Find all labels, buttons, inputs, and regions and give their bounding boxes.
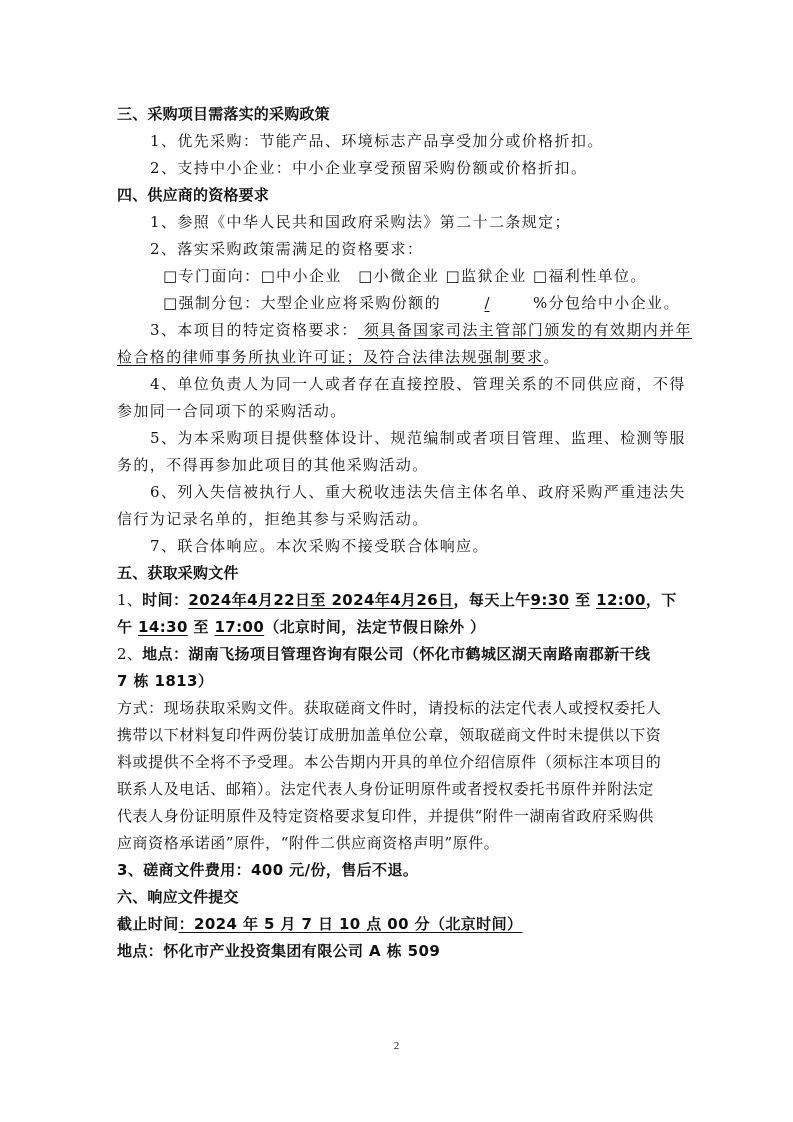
document-fee: 3、磋商文件费用：400 元/份，售后不退。 [117, 857, 677, 884]
deadline-label: 截止时间 [117, 915, 179, 933]
policy-item-1: 1、优先采购：节能产品、环境标志产品享受加分或价格折扣。 [117, 128, 677, 155]
morning-start-time: 9:30 [531, 591, 570, 609]
obtain-method-line-1: 方式：现场获取采购文件。获取磋商文件时，请投标的法定代表人或授权委托人 [117, 695, 677, 722]
morning-end-time: 12:00 [596, 591, 646, 609]
qualification-item-6-line2: 信行为记录名单的，拒绝其参与采购活动。 [117, 506, 677, 533]
obtain-time-note: （北京时间，法定节假日除外 ） [264, 618, 485, 636]
section-heading-supplier-qualifications: 四、供应商的资格要求 [117, 182, 677, 209]
obtain-method-line-4: 联系人及电话、邮箱）。法定代表人身份证明原件或者授权委托书原件并附法定 [117, 776, 677, 803]
checkbox-line-dedicated: □专门面向：□中小企业 □小微企业 □监狱企业 □福利性单位。 [117, 263, 677, 290]
afternoon-to: 至 [188, 618, 215, 636]
obtain-place-text: 地点：湖南飞扬项目管理咨询有限公司（怀化市鹤城区湖天南路南郡新干线 [142, 645, 650, 663]
afternoon-prefix: 午 [117, 618, 138, 636]
page-number: 2 [0, 1040, 793, 1052]
obtain-place-number: 2、 [117, 645, 142, 663]
obtain-method-line-2: 携带以下材料复印件两份装订成册加盖单位公章，领取磋商文件时未提供以下资 [117, 722, 677, 749]
qualification-item-3-line2: 检合格的律师事务所执业许可证；及符合法律法规强制要求。 [117, 344, 677, 371]
section-heading-obtain-documents: 五、获取采购文件 [117, 560, 677, 587]
section-heading-response-submission: 六、响应文件提交 [117, 884, 677, 911]
specific-qualification-text-2: 检合格的律师事务所执业许可证；及符合法律法规强制要求 [117, 348, 543, 366]
obtain-daily-prefix: ，每天上午 [454, 591, 531, 609]
subcontract-suffix: %分包给中小企业。 [533, 294, 680, 312]
obtain-method-line-5: 代表人身份证明原件及特定资格要求复印件，并提供“附件一湖南省政府采购供 [117, 803, 677, 830]
submission-location: 地点：怀化市产业投资集团有限公司 A 栋 509 [117, 938, 677, 965]
qualification-item-5-line1: 5、为本采购项目提供整体设计、规范编制或者项目管理、监理、检测等服 [117, 425, 677, 452]
obtain-time-label: 时间： [142, 591, 188, 609]
obtain-place-line1: 2、地点：湖南飞扬项目管理咨询有限公司（怀化市鹤城区湖天南路南郡新干线 [117, 641, 677, 668]
obtain-time-number: 1、 [117, 591, 142, 609]
subcontract-percent-blank: / [441, 290, 533, 317]
obtain-date-range: 2024年4月22日至 2024年4月26日 [188, 591, 453, 609]
qualification-item-3-line1: 3、本项目的特定资格要求： 须具备国家司法主管部门颁发的有效期内并年 [117, 317, 677, 344]
qualification-item-4-line2: 参加同一合同项下的采购活动。 [117, 398, 677, 425]
specific-qualification-text-1: 须具备国家司法主管部门颁发的有效期内并年 [358, 321, 692, 339]
afternoon-comma: ，下 [646, 591, 677, 609]
subcontract-prefix: □强制分包：大型企业应将采购份额的 [163, 294, 441, 312]
checkbox-line-subcontract: □强制分包：大型企业应将采购份额的 / %分包给中小企业。 [117, 290, 677, 317]
obtain-method-line-3: 料或提供不全将不予受理。本公告期内开具的单位介绍信原件（须标注本项目的 [117, 749, 677, 776]
obtain-method-line-6: 应商资格承诺函”原件，“附件二供应商资格声明”原件。 [117, 830, 677, 857]
specific-qualification-end: 。 [543, 348, 559, 366]
obtain-time-line1: 1、时间：2024年4月22日至 2024年4月26日，每天上午9:30 至 1… [117, 587, 677, 614]
deadline-value: ：2024 年 5 月 7 日 10 点 00 分（北京时间） [179, 915, 523, 933]
qualification-item-6-line1: 6、列入失信被执行人、重大税收违法失信主体名单、政府采购严重违法失 [117, 479, 677, 506]
obtain-place-line2: 7 栋 1813） [117, 668, 677, 695]
section-heading-procurement-policy: 三、采购项目需落实的采购政策 [117, 101, 677, 128]
submission-deadline: 截止时间：2024 年 5 月 7 日 10 点 00 分（北京时间） [117, 911, 677, 938]
qualification-item-7: 7、联合体响应。本次采购不接受联合体响应。 [117, 533, 677, 560]
qualification-item-4-line1: 4、单位负责人为同一人或者存在直接控股、管理关系的不同供应商，不得 [117, 371, 677, 398]
afternoon-end-time: 17:00 [214, 618, 264, 636]
obtain-time-line2: 午 14:30 至 17:00（北京时间，法定节假日除外 ） [117, 614, 677, 641]
afternoon-start-time: 14:30 [138, 618, 188, 636]
qualification-item-5-line2: 务的，不得再参加此项目的其他采购活动。 [117, 452, 677, 479]
specific-qualification-label: 3、本项目的特定资格要求： [150, 321, 358, 339]
document-page: 三、采购项目需落实的采购政策 1、优先采购：节能产品、环境标志产品享受加分或价格… [117, 101, 677, 965]
qualification-item-2: 2、落实采购政策需满足的资格要求： [117, 236, 677, 263]
morning-to: 至 [569, 591, 596, 609]
policy-item-2: 2、支持中小企业：中小企业享受预留采购份额或价格折扣。 [117, 155, 677, 182]
qualification-item-1: 1、参照《中华人民共和国政府采购法》第二十二条规定； [117, 209, 677, 236]
